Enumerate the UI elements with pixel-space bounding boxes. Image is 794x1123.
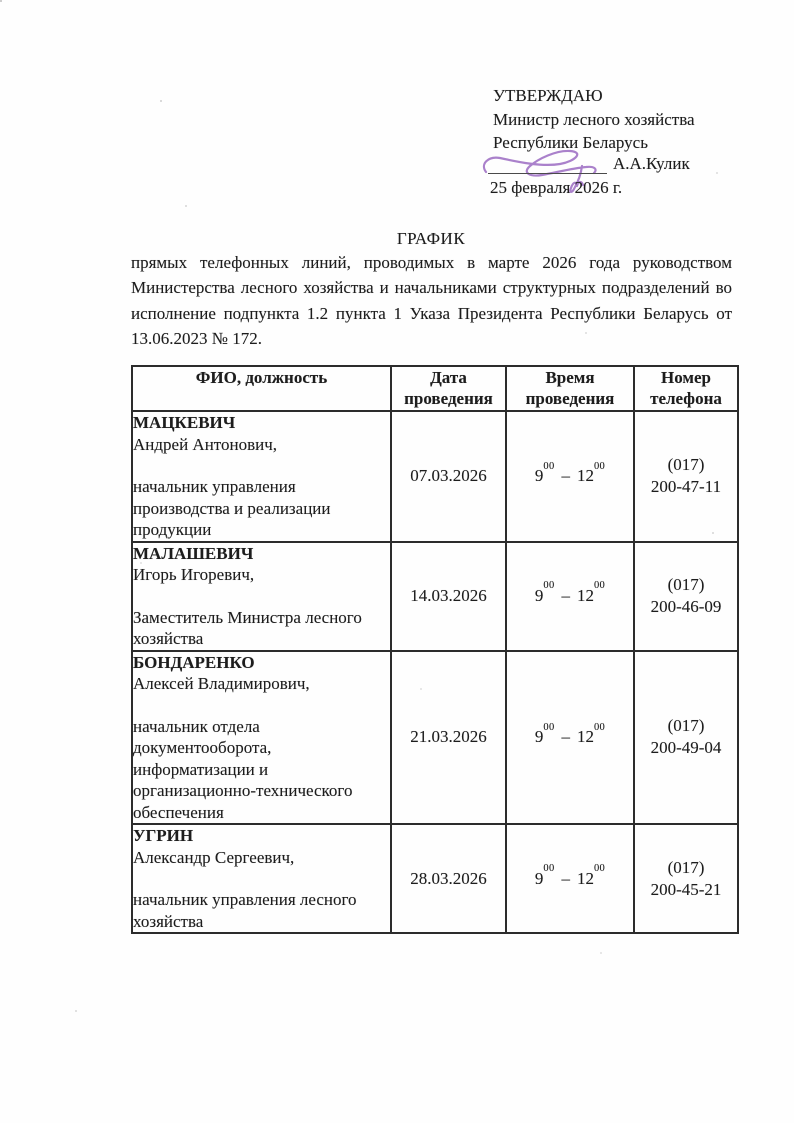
- position-title: начальник управления производства и реал…: [133, 476, 390, 541]
- time-cell: 900–1200: [506, 824, 634, 933]
- header-fio: ФИО, должность: [132, 366, 391, 411]
- phone-cell: (017) 200-45-21: [634, 824, 738, 933]
- surname: БОНДАРЕНКО: [133, 652, 390, 674]
- date-cell: 07.03.2026: [391, 411, 506, 542]
- approval-date: 25 февраля 2026 г.: [490, 178, 622, 198]
- header-time: Время проведения: [506, 366, 634, 411]
- header-date: Дата проведения: [391, 366, 506, 411]
- scan-noise: [0, 0, 2, 2]
- time-cell: 900–1200: [506, 411, 634, 542]
- phone-area-code: (017): [635, 574, 737, 596]
- time-cell: 900–1200: [506, 651, 634, 825]
- table-row: МАЛАШЕВИЧ Игорь Игоревич, Заместитель Ми…: [132, 542, 738, 651]
- position-title: начальник отдела документооборота, инфор…: [133, 716, 390, 824]
- time-cell: 900–1200: [506, 542, 634, 651]
- position-title: начальник управления лесного хозяйства: [133, 889, 390, 932]
- surname: МАЦКЕВИЧ: [133, 412, 390, 434]
- surname: МАЛАШЕВИЧ: [133, 543, 390, 565]
- table-row: БОНДАРЕНКО Алексей Владимирович, начальн…: [132, 651, 738, 825]
- signature-line: [488, 173, 607, 174]
- fio-cell: БОНДАРЕНКО Алексей Владимирович, начальн…: [132, 651, 391, 825]
- date-cell: 28.03.2026: [391, 824, 506, 933]
- approval-stamp-word: УТВЕРЖДАЮ: [493, 84, 743, 108]
- phone-number: 200-49-04: [635, 737, 737, 759]
- fio-cell: МАЦКЕВИЧ Андрей Антонович, начальник упр…: [132, 411, 391, 542]
- time-range: 900–1200: [535, 466, 605, 485]
- fio-cell: УГРИН Александр Сергеевич, начальник упр…: [132, 824, 391, 933]
- phone-cell: (017) 200-46-09: [634, 542, 738, 651]
- header-phone: Номер телефона: [634, 366, 738, 411]
- table-header-row: ФИО, должность Дата проведения Время про…: [132, 366, 738, 411]
- time-range: 900–1200: [535, 586, 605, 605]
- table-row: МАЦКЕВИЧ Андрей Антонович, начальник упр…: [132, 411, 738, 542]
- fio-cell: МАЛАШЕВИЧ Игорь Игоревич, Заместитель Ми…: [132, 542, 391, 651]
- given-names: Андрей Антонович,: [133, 434, 390, 456]
- given-names: Александр Сергеевич,: [133, 847, 390, 869]
- phone-number: 200-46-09: [635, 596, 737, 618]
- time-range: 900–1200: [535, 727, 605, 746]
- phone-cell: (017) 200-47-11: [634, 411, 738, 542]
- given-names: Игорь Игоревич,: [133, 564, 390, 586]
- phone-area-code: (017): [635, 454, 737, 476]
- phone-area-code: (017): [635, 715, 737, 737]
- position-title: Заместитель Министра лесного хозяйства: [133, 607, 390, 650]
- table-row: УГРИН Александр Сергеевич, начальник упр…: [132, 824, 738, 933]
- surname: УГРИН: [133, 825, 390, 847]
- phone-area-code: (017): [635, 857, 737, 879]
- phone-number: 200-45-21: [635, 879, 737, 901]
- schedule-table: ФИО, должность Дата проведения Время про…: [131, 365, 739, 934]
- intro-paragraph: прямых телефонных линий, проводимых в ма…: [131, 250, 732, 352]
- approver-name: А.А.Кулик: [613, 154, 690, 174]
- scanned-document-page: УТВЕРЖДАЮ Министр лесного хозяйства Респ…: [0, 0, 794, 1123]
- phone-cell: (017) 200-49-04: [634, 651, 738, 825]
- date-cell: 14.03.2026: [391, 542, 506, 651]
- given-names: Алексей Владимирович,: [133, 673, 390, 695]
- time-range: 900–1200: [535, 869, 605, 888]
- document-title: ГРАФИК: [131, 229, 731, 249]
- phone-number: 200-47-11: [635, 476, 737, 498]
- approver-title-line1: Министр лесного хозяйства: [493, 108, 743, 132]
- date-cell: 21.03.2026: [391, 651, 506, 825]
